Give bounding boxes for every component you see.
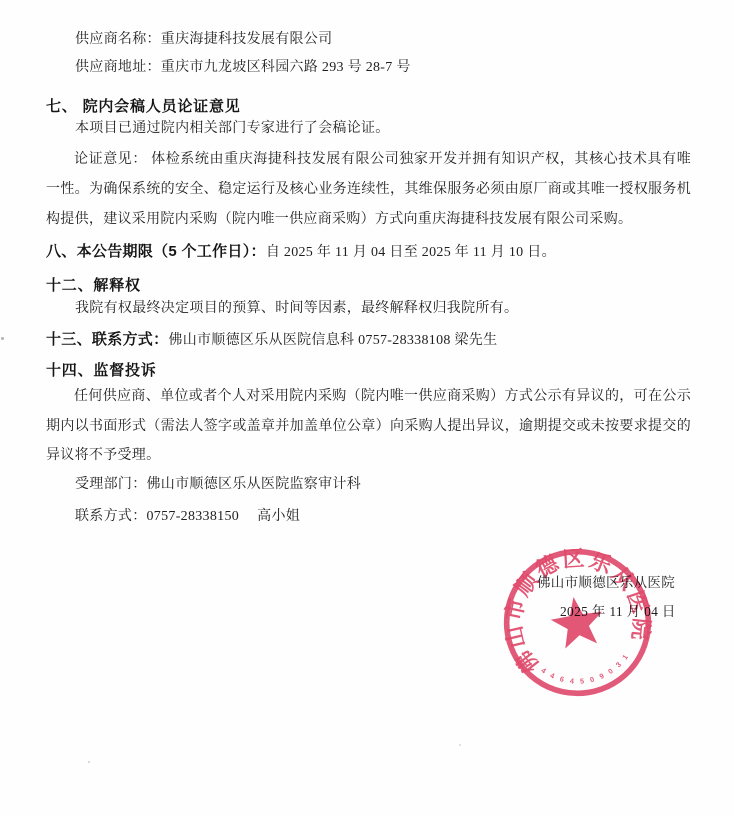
section-14-body-paragraph: 任何供应商、单位或者个人对采用院内采购（院内唯一供应商采购）方式公示有异议的，可… xyxy=(46,382,691,471)
scan-artifact-speck xyxy=(1,337,4,340)
section-8-period-text: 自 2025 年 11 月 04 日至 2025 年 11 月 10 日。 xyxy=(266,245,556,260)
section-13-line: 十三、联系方式：佛山市顺德区乐从医院信息科 0757-28338108 梁先生 xyxy=(46,331,497,349)
section-7-heading: 七、 院内会稿人员论证意见 xyxy=(46,95,241,116)
section-14-heading: 十四、监督投诉 xyxy=(46,359,157,380)
section-8-heading: 八、本公告期限（5 个工作日）： xyxy=(46,243,266,260)
scan-artifact-speck xyxy=(88,761,90,763)
section-12-body: 我院有权最终决定项目的预算、时间等因素，最终解释权归我院所有。 xyxy=(75,301,518,317)
seal-star-icon xyxy=(548,593,607,650)
supplier-address-line: 供应商地址：重庆市九龙坡区科园六路 293 号 28-7 号 xyxy=(75,60,411,76)
section-7-opinion-paragraph: 论证意见： 体检系统由重庆海捷科技发展有限公司独家开发并拥有知识产权，其核心技术… xyxy=(46,145,691,235)
section-7-intro: 本项目已通过院内相关部门专家进行了会稿论证。 xyxy=(75,121,390,137)
supplier-name-line: 供应商名称：重庆海捷科技发展有限公司 xyxy=(75,32,332,48)
scan-artifact-speck xyxy=(459,744,461,746)
section-13-contact-text: 佛山市顺德区乐从医院信息科 0757-28338108 梁先生 xyxy=(168,333,497,348)
section-13-heading: 十三、联系方式： xyxy=(46,331,168,348)
section-8-line: 八、本公告期限（5 个工作日）：自 2025 年 11 月 04 日至 2025… xyxy=(46,243,556,261)
complaint-contact-line: 联系方式：0757-28338150 高小姐 xyxy=(75,509,300,525)
accepting-department-line: 受理部门：佛山市顺德区乐从医院监察审计科 xyxy=(75,477,361,493)
section-12-heading: 十二、解释权 xyxy=(46,274,141,295)
official-seal-stamp: 佛山市顺德区乐从医院 4464509031 xyxy=(485,530,669,714)
document-page: 供应商名称：重庆海捷科技发展有限公司 供应商地址：重庆市九龙坡区科园六路 293… xyxy=(0,0,734,817)
